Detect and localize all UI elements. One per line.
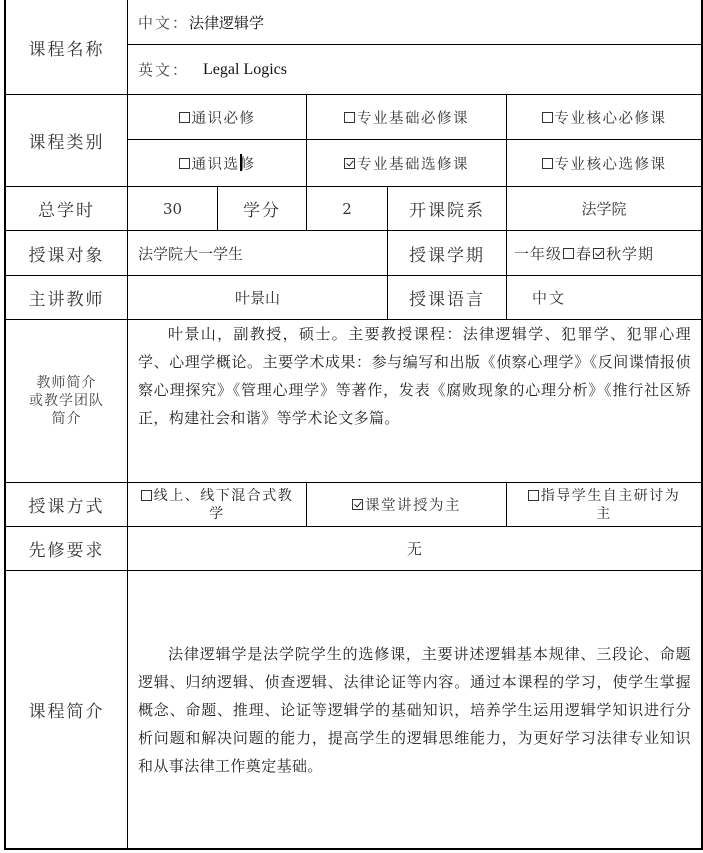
teaching-mode-option[interactable]: 课堂讲授为主: [307, 483, 506, 526]
teacher-intro-label-line: 或教学团队: [29, 392, 104, 410]
prerequisite-label: 先修要求: [6, 527, 127, 570]
option-label: 指导学生自主研讨为: [541, 488, 681, 504]
language-label-text: 授课语言: [409, 285, 485, 310]
checkbox-icon[interactable]: [179, 158, 190, 169]
course-intro-label-text: 课程简介: [29, 697, 105, 722]
checkbox-icon[interactable]: [344, 112, 355, 123]
course-type-option[interactable]: 专业核心选修课: [507, 140, 701, 186]
option-label: 专业基础选修课: [357, 153, 469, 174]
checkbox-checked-icon[interactable]: [344, 158, 355, 169]
department-value: 法学院: [507, 187, 701, 230]
credits-label-text: 学分: [243, 196, 281, 221]
credits-label: 学分: [218, 187, 306, 230]
option-label-line-2: 主: [596, 505, 612, 523]
option-label: 课堂讲授为主: [365, 494, 461, 515]
prerequisite-label-text: 先修要求: [29, 536, 105, 561]
checkbox-icon[interactable]: [542, 158, 553, 169]
credits-text: 2: [342, 200, 352, 218]
checkbox-icon[interactable]: [528, 490, 539, 501]
option-line-1: 线上、线下混合式教: [141, 487, 294, 505]
teaching-mode-label-text: 授课方式: [29, 492, 105, 517]
teacher-intro-label: 教师简介 或教学团队 简介: [6, 320, 127, 482]
teaching-mode-label: 授课方式: [6, 483, 127, 526]
checkbox-icon[interactable]: [141, 490, 152, 501]
teaching-mode-option[interactable]: 线上、线下混合式教 学: [128, 483, 306, 526]
course-intro-label: 课程简介: [6, 571, 127, 848]
course-name-cn: 中文： 法律逻辑学: [128, 0, 701, 44]
option-label-line-2: 学: [209, 505, 225, 523]
course-type-option[interactable]: 专业基础选修课: [307, 140, 506, 186]
total-hours-label: 总学时: [6, 187, 127, 230]
department-text: 法学院: [581, 198, 626, 219]
course-name-label: 课程名称: [6, 0, 127, 94]
department-label: 开课院系: [388, 187, 506, 230]
semester-value: 一年级 春 秋学期: [507, 231, 701, 275]
language-label: 授课语言: [388, 276, 506, 319]
option-label: 线上、线下混合式教: [154, 488, 294, 504]
en-course-name: Legal Logics: [203, 61, 287, 79]
option-label: 通识选修: [192, 153, 256, 174]
course-name-label-text: 课程名称: [29, 35, 105, 60]
checkbox-checked-icon[interactable]: [593, 248, 604, 259]
instructor-text: 叶景山: [235, 287, 280, 308]
course-type-option[interactable]: 专业基础必修课: [307, 95, 506, 139]
total-hours-label-text: 总学时: [38, 196, 95, 221]
total-hours-text: 30: [163, 200, 182, 218]
instructor-label: 主讲教师: [6, 276, 127, 319]
course-type-option[interactable]: 专业核心必修课: [507, 95, 701, 139]
autumn-label: 秋学期: [606, 243, 654, 264]
cn-prefix: 中文：: [138, 12, 189, 33]
audience-value: 法学院大一学生: [128, 231, 387, 275]
course-type-option[interactable]: 通识选修: [128, 140, 306, 186]
semester-prefix: 一年级: [514, 243, 562, 264]
border-bottom: [4, 848, 703, 850]
cn-course-name: 法律逻辑学: [189, 12, 264, 33]
credits-value: 2: [307, 187, 387, 230]
language-text: 中文: [532, 287, 566, 308]
course-type-label-text: 课程类别: [29, 128, 105, 153]
text-cursor: [240, 154, 242, 171]
audience-label-text: 授课对象: [29, 241, 105, 266]
option-line-1: 指导学生自主研讨为: [528, 487, 681, 505]
en-prefix: 英文：: [138, 59, 189, 80]
semester-label-text: 授课学期: [409, 241, 485, 266]
language-value: 中文: [507, 276, 701, 319]
checkbox-icon[interactable]: [563, 248, 574, 259]
checkbox-icon[interactable]: [179, 112, 190, 123]
instructor-label-text: 主讲教师: [29, 285, 105, 310]
course-type-label: 课程类别: [6, 95, 127, 186]
option-label: 专业核心选修课: [555, 153, 667, 174]
option-label: 通识必修: [192, 107, 256, 128]
checkbox-icon[interactable]: [542, 112, 553, 123]
teacher-intro-paragraph: 叶景山，副教授，硕士。主要教授课程：法律逻辑学、犯罪学、犯罪心理学、心理学概论。…: [138, 320, 691, 432]
option-label: 专业基础必修课: [357, 107, 469, 128]
instructor-value: 叶景山: [128, 276, 387, 319]
teacher-intro-text: 叶景山，副教授，硕士。主要教授课程：法律逻辑学、犯罪学、犯罪心理学、心理学概论。…: [128, 320, 701, 482]
option-label: 专业核心必修课: [555, 107, 667, 128]
semester-label: 授课学期: [388, 231, 506, 275]
checkbox-checked-icon[interactable]: [352, 499, 363, 510]
total-hours-value: 30: [128, 187, 217, 230]
spring-label: 春: [576, 243, 592, 264]
course-intro-paragraph: 法律逻辑学是法学院学生的选修课，主要讲述逻辑基本规律、三段论、命题逻辑、归纳逻辑…: [138, 640, 691, 780]
course-type-option[interactable]: 通识必修: [128, 95, 306, 139]
teacher-intro-label-line: 简介: [52, 410, 82, 428]
department-label-text: 开课院系: [409, 196, 485, 221]
prerequisite-value: 无: [128, 527, 701, 570]
teacher-intro-label-line: 教师简介: [37, 374, 97, 392]
course-name-en: 英文： Legal Logics: [128, 45, 701, 94]
teaching-mode-option[interactable]: 指导学生自主研讨为 主: [507, 483, 701, 526]
audience-label: 授课对象: [6, 231, 127, 275]
course-intro-text: 法律逻辑学是法学院学生的选修课，主要讲述逻辑基本规律、三段论、命题逻辑、归纳逻辑…: [128, 571, 701, 848]
prerequisite-text: 无: [407, 538, 422, 559]
audience-text: 法学院大一学生: [138, 243, 243, 264]
